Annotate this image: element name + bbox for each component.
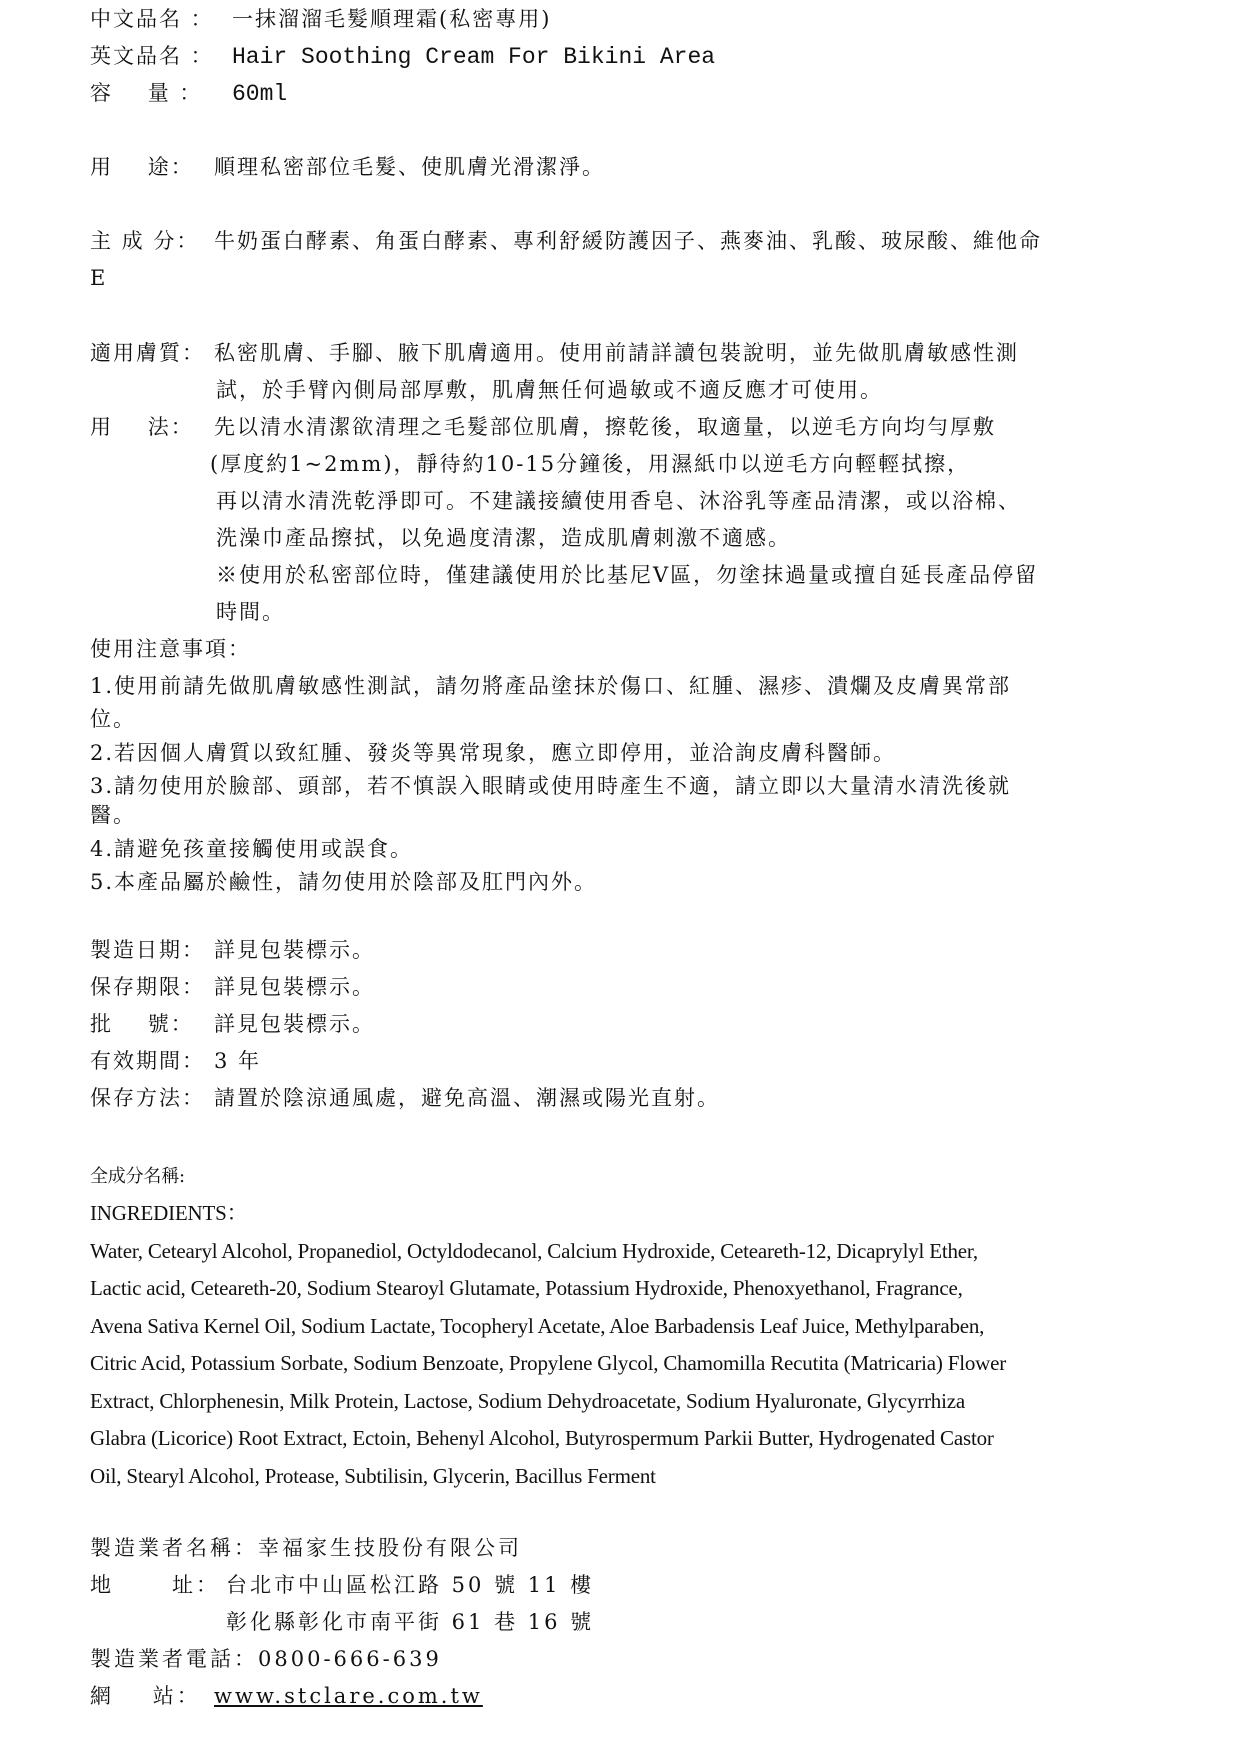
info-value: 請置於陰涼通風處，避免高溫、潮濕或陽光直射。 xyxy=(214,1086,720,1110)
info-row-batch: 批 號：詳見包裝標示。 xyxy=(90,1009,375,1039)
manufacturer-website-row: 網 站：www.stclare.com.tw xyxy=(90,1681,483,1711)
manufacturer-name-row: 製造業者名稱：幸福家生技股份有限公司 xyxy=(90,1533,522,1563)
info-value: 詳見包裝標示。 xyxy=(214,975,375,999)
ingredients-zh-title: 全成分名稱: xyxy=(90,1158,185,1196)
info-value: 詳見包裝標示。 xyxy=(214,938,375,962)
volume: 60ml xyxy=(232,81,287,107)
info-value: 詳見包裝標示。 xyxy=(214,1012,375,1036)
info-row-shelf-life: 保存期限：詳見包裝標示。 xyxy=(90,972,375,1002)
main-ingredients-line: 牛奶蛋白酵素、角蛋白酵素、專利舒緩防護因子、燕麥油、乳酸、玻尿酸、維他命 xyxy=(214,229,1042,253)
precaution-item: 3.請勿使用於臉部、頭部，若不慎誤入眼睛或使用時產生不適，請立即以大量清水清洗後… xyxy=(90,771,1011,801)
skin-type-line: 試，於手臂內側局部厚敷，肌膚無任何過敏或不適反應才可使用。 xyxy=(216,375,883,405)
usage-line: 再以清水清洗乾淨即可。不建議接續使用香皂、沐浴乳等產品清潔，或以浴棉、 xyxy=(216,486,1021,516)
address-line: 台北市中山區松江路 50 號 11 樓 xyxy=(226,1573,594,1597)
zh-name-label: 中文品名 ： xyxy=(90,4,232,34)
info-label: 製造日期： xyxy=(90,935,214,965)
usage-line: 洗澡巾產品擦拭，以免過度清潔，造成肌膚刺激不適感。 xyxy=(216,523,791,553)
usage-row: 用 法：先以清水清潔欲清理之毛髮部位肌膚，擦乾後，取適量，以逆毛方向均勻厚敷 xyxy=(90,412,996,442)
zh-name: 一抹溜溜毛髮順理霜(私密專用) xyxy=(232,7,551,31)
skin-type-line: 私密肌膚、手腳、腋下肌膚適用。使用前請詳讀包裝說明，並先做肌膚敏感性測 xyxy=(214,341,1019,365)
main-ingredients-label: 主 成 分： xyxy=(90,226,214,256)
en-name-row: 英文品名 ：Hair Soothing Cream For Bikini Are… xyxy=(90,41,715,72)
manufacturer-name-label: 製造業者名稱： xyxy=(90,1536,258,1560)
skin-type-row: 適用膚質：私密肌膚、手腳、腋下肌膚適用。使用前請詳讀包裝說明，並先做肌膚敏感性測 xyxy=(90,338,1019,368)
manufacturer-name: 幸福家生技股份有限公司 xyxy=(258,1536,522,1560)
precaution-item: 醫。 xyxy=(90,800,136,830)
ingredients-line: Lactic acid, Ceteareth-20, Sodium Stearo… xyxy=(90,1270,963,1308)
precaution-item: 4.請避免孩童接觸使用或誤食。 xyxy=(90,834,413,864)
purpose-row: 用 途：順理私密部位毛髮、使肌膚光滑潔淨。 xyxy=(90,152,605,182)
zh-name-row: 中文品名 ：一抹溜溜毛髮順理霜(私密專用) xyxy=(90,4,551,34)
precaution-item: 1.使用前請先做肌膚敏感性測試，請勿將產品塗抹於傷口、紅腫、濕疹、潰爛及皮膚異常… xyxy=(90,671,1011,701)
manufacturer-address-row: 地 址：台北市中山區松江路 50 號 11 樓 xyxy=(90,1570,594,1600)
ingredients-line: Avena Sativa Kernel Oil, Sodium Lactate,… xyxy=(90,1308,984,1346)
info-label: 保存期限： xyxy=(90,972,214,1002)
ingredients-line: Glabra (Licorice) Root Extract, Ectoin, … xyxy=(90,1420,994,1458)
phone-label: 製造業者電話： xyxy=(90,1647,258,1671)
ingredients-line: Citric Acid, Potassium Sorbate, Sodium B… xyxy=(90,1345,1006,1383)
website-label: 網 站： xyxy=(90,1681,214,1711)
skin-type-label: 適用膚質： xyxy=(90,338,214,368)
info-label: 有效期間： xyxy=(90,1046,214,1076)
usage-warning-line: 時間。 xyxy=(216,597,285,627)
manufacturer-phone-row: 製造業者電話：0800-666-639 xyxy=(90,1644,442,1674)
info-row-storage: 保存方法：請置於陰涼通風處，避免高溫、潮濕或陽光直射。 xyxy=(90,1083,720,1113)
ingredients-line: Extract, Chlorphenesin, Milk Protein, La… xyxy=(90,1383,965,1421)
ingredients-en-title: INGREDIENTS： xyxy=(90,1195,247,1233)
address-label: 地 址： xyxy=(90,1570,226,1600)
usage-line: 先以清水清潔欲清理之毛髮部位肌膚，擦乾後，取適量，以逆毛方向均勻厚敷 xyxy=(214,415,996,439)
phone: 0800-666-639 xyxy=(258,1647,442,1671)
precaution-item: 位。 xyxy=(90,704,136,734)
main-ingredients-row: 主 成 分：牛奶蛋白酵素、角蛋白酵素、專利舒緩防護因子、燕麥油、乳酸、玻尿酸、維… xyxy=(90,226,1042,256)
usage-line: (厚度約1~2mm)，靜待約10-15分鐘後，用濕紙巾以逆毛方向輕輕拭擦， xyxy=(210,449,970,479)
precaution-item: 5.本產品屬於鹼性，請勿使用於陰部及肛門內外。 xyxy=(90,867,597,897)
main-ingredients-line: E xyxy=(90,263,107,293)
ingredients-line: Water, Cetearyl Alcohol, Propanediol, Oc… xyxy=(90,1233,978,1271)
precautions-title: 使用注意事項： xyxy=(90,634,251,664)
info-row-validity: 有效期間：3 年 xyxy=(90,1046,261,1076)
info-label: 批 號： xyxy=(90,1009,214,1039)
en-name-label: 英文品名 ： xyxy=(90,41,232,71)
info-label: 保存方法： xyxy=(90,1083,214,1113)
en-name: Hair Soothing Cream For Bikini Area xyxy=(232,44,715,70)
product-label-document: 中文品名 ：一抹溜溜毛髮順理霜(私密專用) 英文品名 ：Hair Soothin… xyxy=(0,0,1241,1755)
info-row-manufacture-date: 製造日期：詳見包裝標示。 xyxy=(90,935,375,965)
usage-label: 用 法： xyxy=(90,412,214,442)
volume-label: 容 量 ： xyxy=(90,78,232,108)
purpose-label: 用 途： xyxy=(90,152,214,182)
address-line: 彰化縣彰化市南平街 61 巷 16 號 xyxy=(226,1607,594,1637)
volume-row: 容 量 ：60ml xyxy=(90,78,287,109)
website-link[interactable]: www.stclare.com.tw xyxy=(214,1684,483,1708)
info-value: 3 年 xyxy=(214,1049,261,1073)
ingredients-line: Oil, Stearyl Alcohol, Protease, Subtilis… xyxy=(90,1458,656,1496)
precaution-item: 2.若因個人膚質以致紅腫、發炎等異常現象，應立即停用，並洽詢皮膚科醫師。 xyxy=(90,738,896,768)
purpose-text: 順理私密部位毛髮、使肌膚光滑潔淨。 xyxy=(214,155,605,179)
usage-warning-line: ※使用於私密部位時，僅建議使用於比基尼V區，勿塗抹過量或擅自延長產品停留 xyxy=(216,560,1038,590)
